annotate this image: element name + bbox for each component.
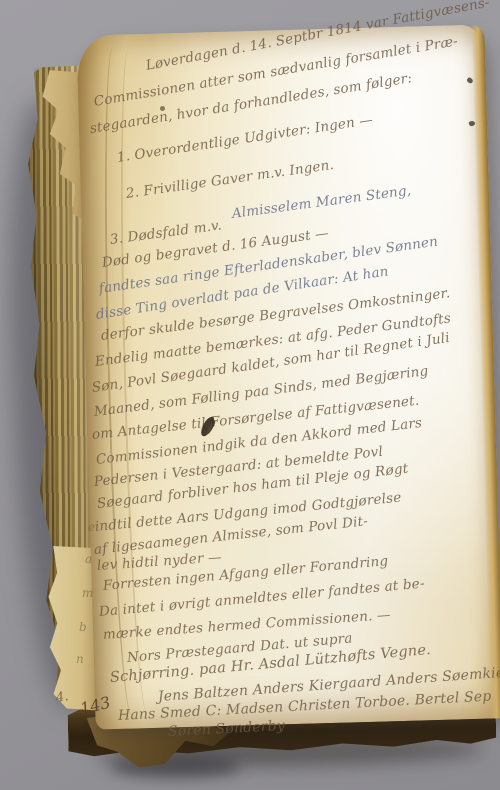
ink-dot xyxy=(160,106,165,111)
manuscript-photo: Løverdagen d. 14. Septbr 1814 var Fattig… xyxy=(0,0,500,790)
manuscript-line: Almisselem Maren Steng, xyxy=(231,182,412,221)
margin-mark: m xyxy=(82,586,93,600)
handwritten-text-layer: Løverdagen d. 14. Septbr 1814 var Fattig… xyxy=(0,0,500,790)
paper-speck xyxy=(468,120,475,127)
underpage-number-fragment: 4. xyxy=(55,689,70,706)
margin-mark: e xyxy=(88,520,95,534)
margin-mark: n xyxy=(76,652,84,666)
signature-line: Søren Sønderby xyxy=(168,718,286,740)
margin-mark: b xyxy=(79,620,87,634)
margin-mark: a xyxy=(85,552,92,566)
page-number: 143 xyxy=(78,693,112,719)
manuscript-line: 2. Frivillige Gaver m.v. Ingen. xyxy=(125,157,335,202)
paper-speck xyxy=(466,77,474,84)
